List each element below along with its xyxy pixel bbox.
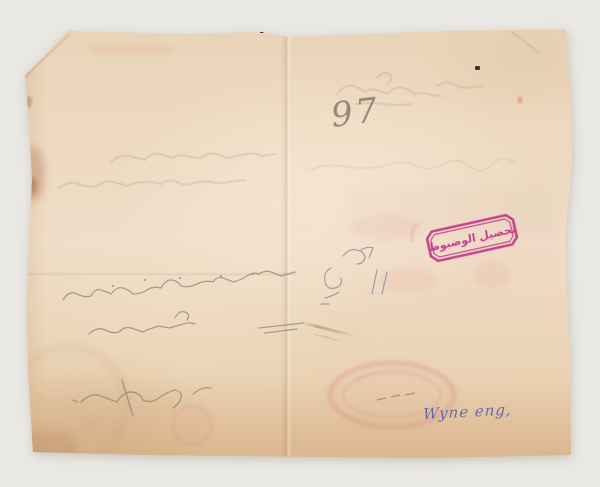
photo-background: 97 تحصيل الوضبوط Wyne eng,: [0, 0, 600, 487]
arabic-jotting: [321, 247, 387, 304]
ink-specks: [260, 30, 480, 70]
document-paper: 97 تحصيل الوضبوط Wyne eng,: [25, 28, 573, 458]
showthrough-ink: [59, 73, 558, 234]
pencil-page-number: 97: [329, 88, 397, 136]
document-paper-wrap: 97 تحصيل الوضبوط Wyne eng,: [25, 28, 573, 458]
pencil-handwriting: [63, 271, 303, 334]
